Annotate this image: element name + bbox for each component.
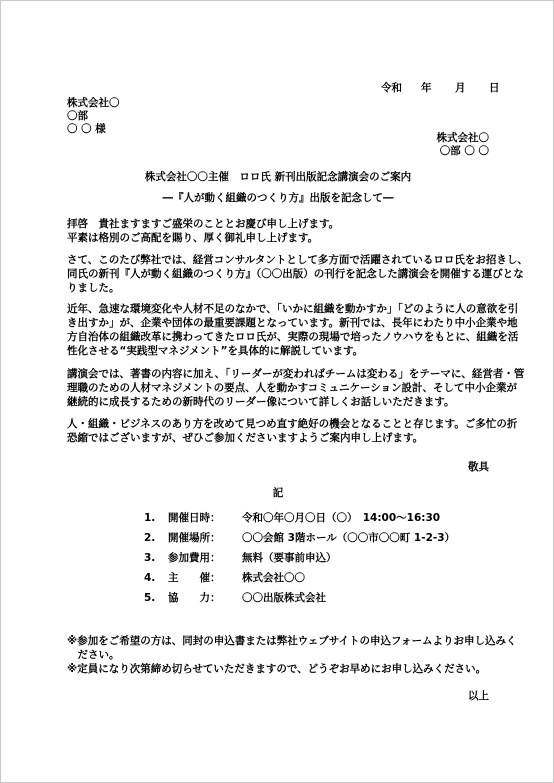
document-subtitle: ―『人が動く組織のつくり方』出版を記念して― bbox=[1, 191, 554, 205]
item-number: 5. bbox=[144, 591, 164, 605]
closing-ijo: 以上 bbox=[468, 689, 489, 703]
item-value: 株式会社〇〇 bbox=[242, 571, 305, 585]
note-line: ※参加をご希望の方は、同封の申込書または弊社ウェブサイトの申込フォームよりお申し… bbox=[67, 634, 497, 648]
paragraph-line: 人・組織・ビジネスのあり方を改めて見つめ直す絶好の機会となることと存じます。ご多… bbox=[67, 417, 491, 431]
paragraph-line: 性化させる“実践型マネジメント”を具体的に解説しています。 bbox=[67, 344, 491, 358]
body-paragraph-3: 講演会では、著書の内容に加え、「リーダーが変わればチームは変わる」をテーマに、経… bbox=[67, 367, 491, 409]
date-era: 令和 bbox=[381, 81, 421, 95]
paragraph-line: りました。 bbox=[67, 281, 491, 295]
date-month: 月 bbox=[455, 81, 489, 95]
item-number: 4. bbox=[144, 571, 164, 585]
paragraph-line: 近年、急速な環境変化や人材不足のなかで、「いかに組織を動かすか」「どのように人の… bbox=[67, 302, 491, 316]
paragraph-line: 講演会では、著書の内容に加え、「リーダーが変わればチームは変わる」をテーマに、経… bbox=[67, 367, 491, 381]
paragraph-line: さて、このたび弊社では、経営コンサルタントとして多方面で活躍されているロロ氏をお… bbox=[67, 253, 491, 267]
item-value: 〇〇出版株式会社 bbox=[242, 591, 326, 605]
paragraph-line: 方自治体の組織改革に携わってきたロロ氏が、実際の現場で培ったノウハウをもとに、組… bbox=[67, 330, 491, 344]
date-day: 日 bbox=[489, 81, 500, 95]
item-number: 3. bbox=[144, 551, 164, 565]
paragraph-line: 理職のための人材マネジメントの要点、人を動かすコミュニケーション設計、そして中小… bbox=[67, 381, 491, 395]
recipient-department: 〇部 bbox=[67, 109, 88, 123]
recipient-name: 〇 〇 様 bbox=[67, 122, 106, 136]
date-year: 年 bbox=[421, 81, 455, 95]
body-paragraph-1: さて、このたび弊社では、経営コンサルタントとして多方面で活躍されているロロ氏をお… bbox=[67, 253, 491, 295]
paragraph-line: 恐縮ではございますが、ぜひご参加くださいますようご案内申し上げます。 bbox=[67, 431, 491, 445]
note-line: ださい。 bbox=[67, 648, 497, 662]
greeting-line: 平素は格別のご高配を賜り、厚く御礼申し上げます。 bbox=[67, 231, 491, 245]
item-label: 主 催： bbox=[168, 571, 238, 585]
greeting-line: 拝啓 貴社ますますご盛栄のこととお慶び申し上げます。 bbox=[67, 217, 491, 231]
sender-department-name: 〇部 〇 〇 bbox=[440, 144, 489, 158]
paragraph-line: 同氏の新刊『人が動く組織のつくり方』（〇〇出版）の刊行を記念した講演会を開催する… bbox=[67, 267, 491, 281]
item-label: 協 力： bbox=[168, 591, 238, 605]
date-line: 令和年月日 bbox=[381, 81, 500, 95]
item-label: 開催場所： bbox=[168, 531, 238, 545]
item-value: 〇〇会館 3階ホール（〇〇市〇〇町 1-2-3） bbox=[242, 531, 455, 545]
sender-company: 株式会社〇 bbox=[437, 131, 490, 145]
item-value: 令和〇年〇月〇日（〇） 14:00～16:30 bbox=[242, 511, 440, 525]
body-paragraph-2: 近年、急速な環境変化や人材不足のなかで、「いかに組織を動かすか」「どのように人の… bbox=[67, 302, 491, 358]
greeting-paragraph: 拝啓 貴社ますますご盛栄のこととお慶び申し上げます。 平素は格別のご高配を賜り、… bbox=[67, 217, 491, 245]
paragraph-line: き出すか」が、企業や団体の最重要課題となっています。新刊では、長年にわたり中小企… bbox=[67, 316, 491, 330]
item-number: 2. bbox=[144, 531, 164, 545]
recipient-company: 株式会社〇 bbox=[67, 96, 120, 110]
item-label: 開催日時： bbox=[168, 511, 238, 525]
notes-section: ※参加をご希望の方は、同封の申込書または弊社ウェブサイトの申込フォームよりお申し… bbox=[67, 634, 497, 676]
letter-page: 令和年月日 株式会社〇 〇部 〇 〇 様 株式会社〇 〇部 〇 〇 株式会社〇〇… bbox=[0, 0, 554, 783]
details-heading: 記 bbox=[1, 486, 554, 500]
item-number: 1. bbox=[144, 511, 164, 525]
document-title: 株式会社〇〇主催 ロロ氏 新刊出版記念講演会のご案内 bbox=[1, 170, 554, 184]
item-value: 無料（要事前申込） bbox=[242, 551, 337, 565]
body-paragraph-4: 人・組織・ビジネスのあり方を改めて見つめ直す絶好の機会となることと存じます。ご多… bbox=[67, 417, 491, 445]
paragraph-line: 継続的に成長するための新時代のリーダー像について詳しくお話しいただきます。 bbox=[67, 395, 491, 409]
item-label: 参加費用： bbox=[168, 551, 238, 565]
closing-keigu: 敬具 bbox=[468, 460, 489, 474]
note-line: ※定員になり次第締め切らせていただきますので、どうぞお早めにお申し込みください。 bbox=[67, 662, 497, 676]
